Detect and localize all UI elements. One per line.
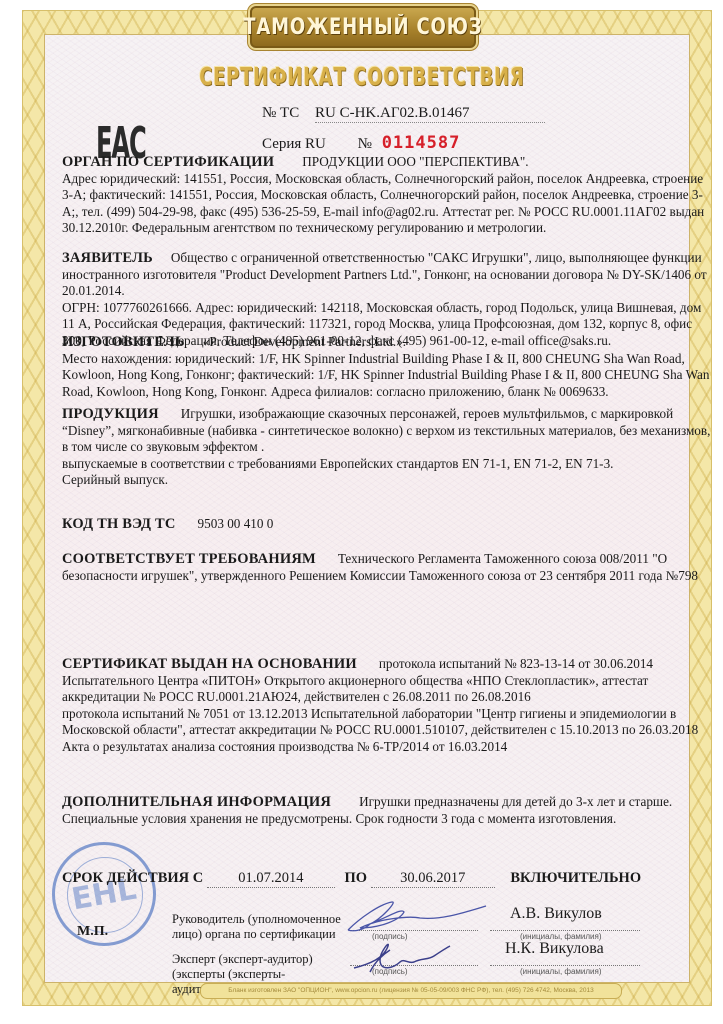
printer-note: Бланк изготовлен ЗАО "ОПЦИОН", www.opcio… [200,983,622,999]
seal-label: М.П. [77,924,108,939]
section-product: ПРОДУКЦИЯИгрушки, изображающие сказочных… [62,406,712,489]
valid-to-date: 30.06.2017 [371,870,495,888]
customs-union-banner: ТАМОЖЕННЫЙ СОЮЗ [250,6,476,48]
section-heading: СООТВЕТСТВУЕТ ТРЕБОВАНИЯМ [62,551,316,567]
section-conforms: СООТВЕТСТВУЕТ ТРЕБОВАНИЯМТехнического Ре… [62,551,712,584]
section-additional-info: ДОПОЛНИТЕЛЬНАЯ ИНФОРМАЦИЯИгрушки предназ… [62,794,712,827]
section-certification-body: ОРГАН ПО СЕРТИФИКАЦИИПРОДУКЦИИ ООО "ПЕРС… [62,154,712,237]
certificate-title: СЕРТИФИКАТ СООТВЕТСТВИЯ [0,62,723,91]
banner-text: ТАМОЖЕННЫЙ СОЮЗ [243,15,482,40]
serial-number: 0114587 [382,133,461,153]
section-manufacturer: ИЗГОТОВИТЕЛЬ«Product Development Partner… [62,334,712,400]
section-heading: ОРГАН ПО СЕРТИФИКАЦИИ [62,154,274,170]
certificate-number: № ТС RU C-HK.АГ02.B.01467 [262,105,545,123]
section-basis: СЕРТИФИКАТ ВЫДАН НА ОСНОВАНИИпротокола и… [62,656,712,755]
section-heading: ЗАЯВИТЕЛЬ [62,250,153,266]
certificate-series: Серия RU № 0114587 [262,133,460,153]
section-hs-code: КОД ТН ВЭД ТС9503 00 410 0 [62,516,712,533]
head-name: А.В. Викулов [510,905,602,923]
head-role: Руководитель (уполномоченное лицо) орган… [172,912,342,942]
section-heading: ИЗГОТОВИТЕЛЬ [62,334,185,350]
valid-from-date: 01.07.2014 [207,870,335,888]
section-heading: ПРОДУКЦИЯ [62,406,159,422]
section-heading: ДОПОЛНИТЕЛЬНАЯ ИНФОРМАЦИЯ [62,794,331,810]
expert-signature-icon [350,938,460,978]
validity-period: СРОК ДЕЙСТВИЯ С 01.07.2014 ПО 30.06.2017… [62,870,662,888]
hs-code-value: 9503 00 410 0 [198,516,274,531]
expert-name: Н.К. Викулова [505,940,604,958]
section-heading: КОД ТН ВЭД ТС [62,516,176,532]
section-heading: СЕРТИФИКАТ ВЫДАН НА ОСНОВАНИИ [62,656,357,672]
name-caption: (инициалы, фамилия) [520,967,602,976]
head-signature-icon [340,898,490,938]
certificate-number-value: RU C-HK.АГ02.B.01467 [315,105,545,123]
